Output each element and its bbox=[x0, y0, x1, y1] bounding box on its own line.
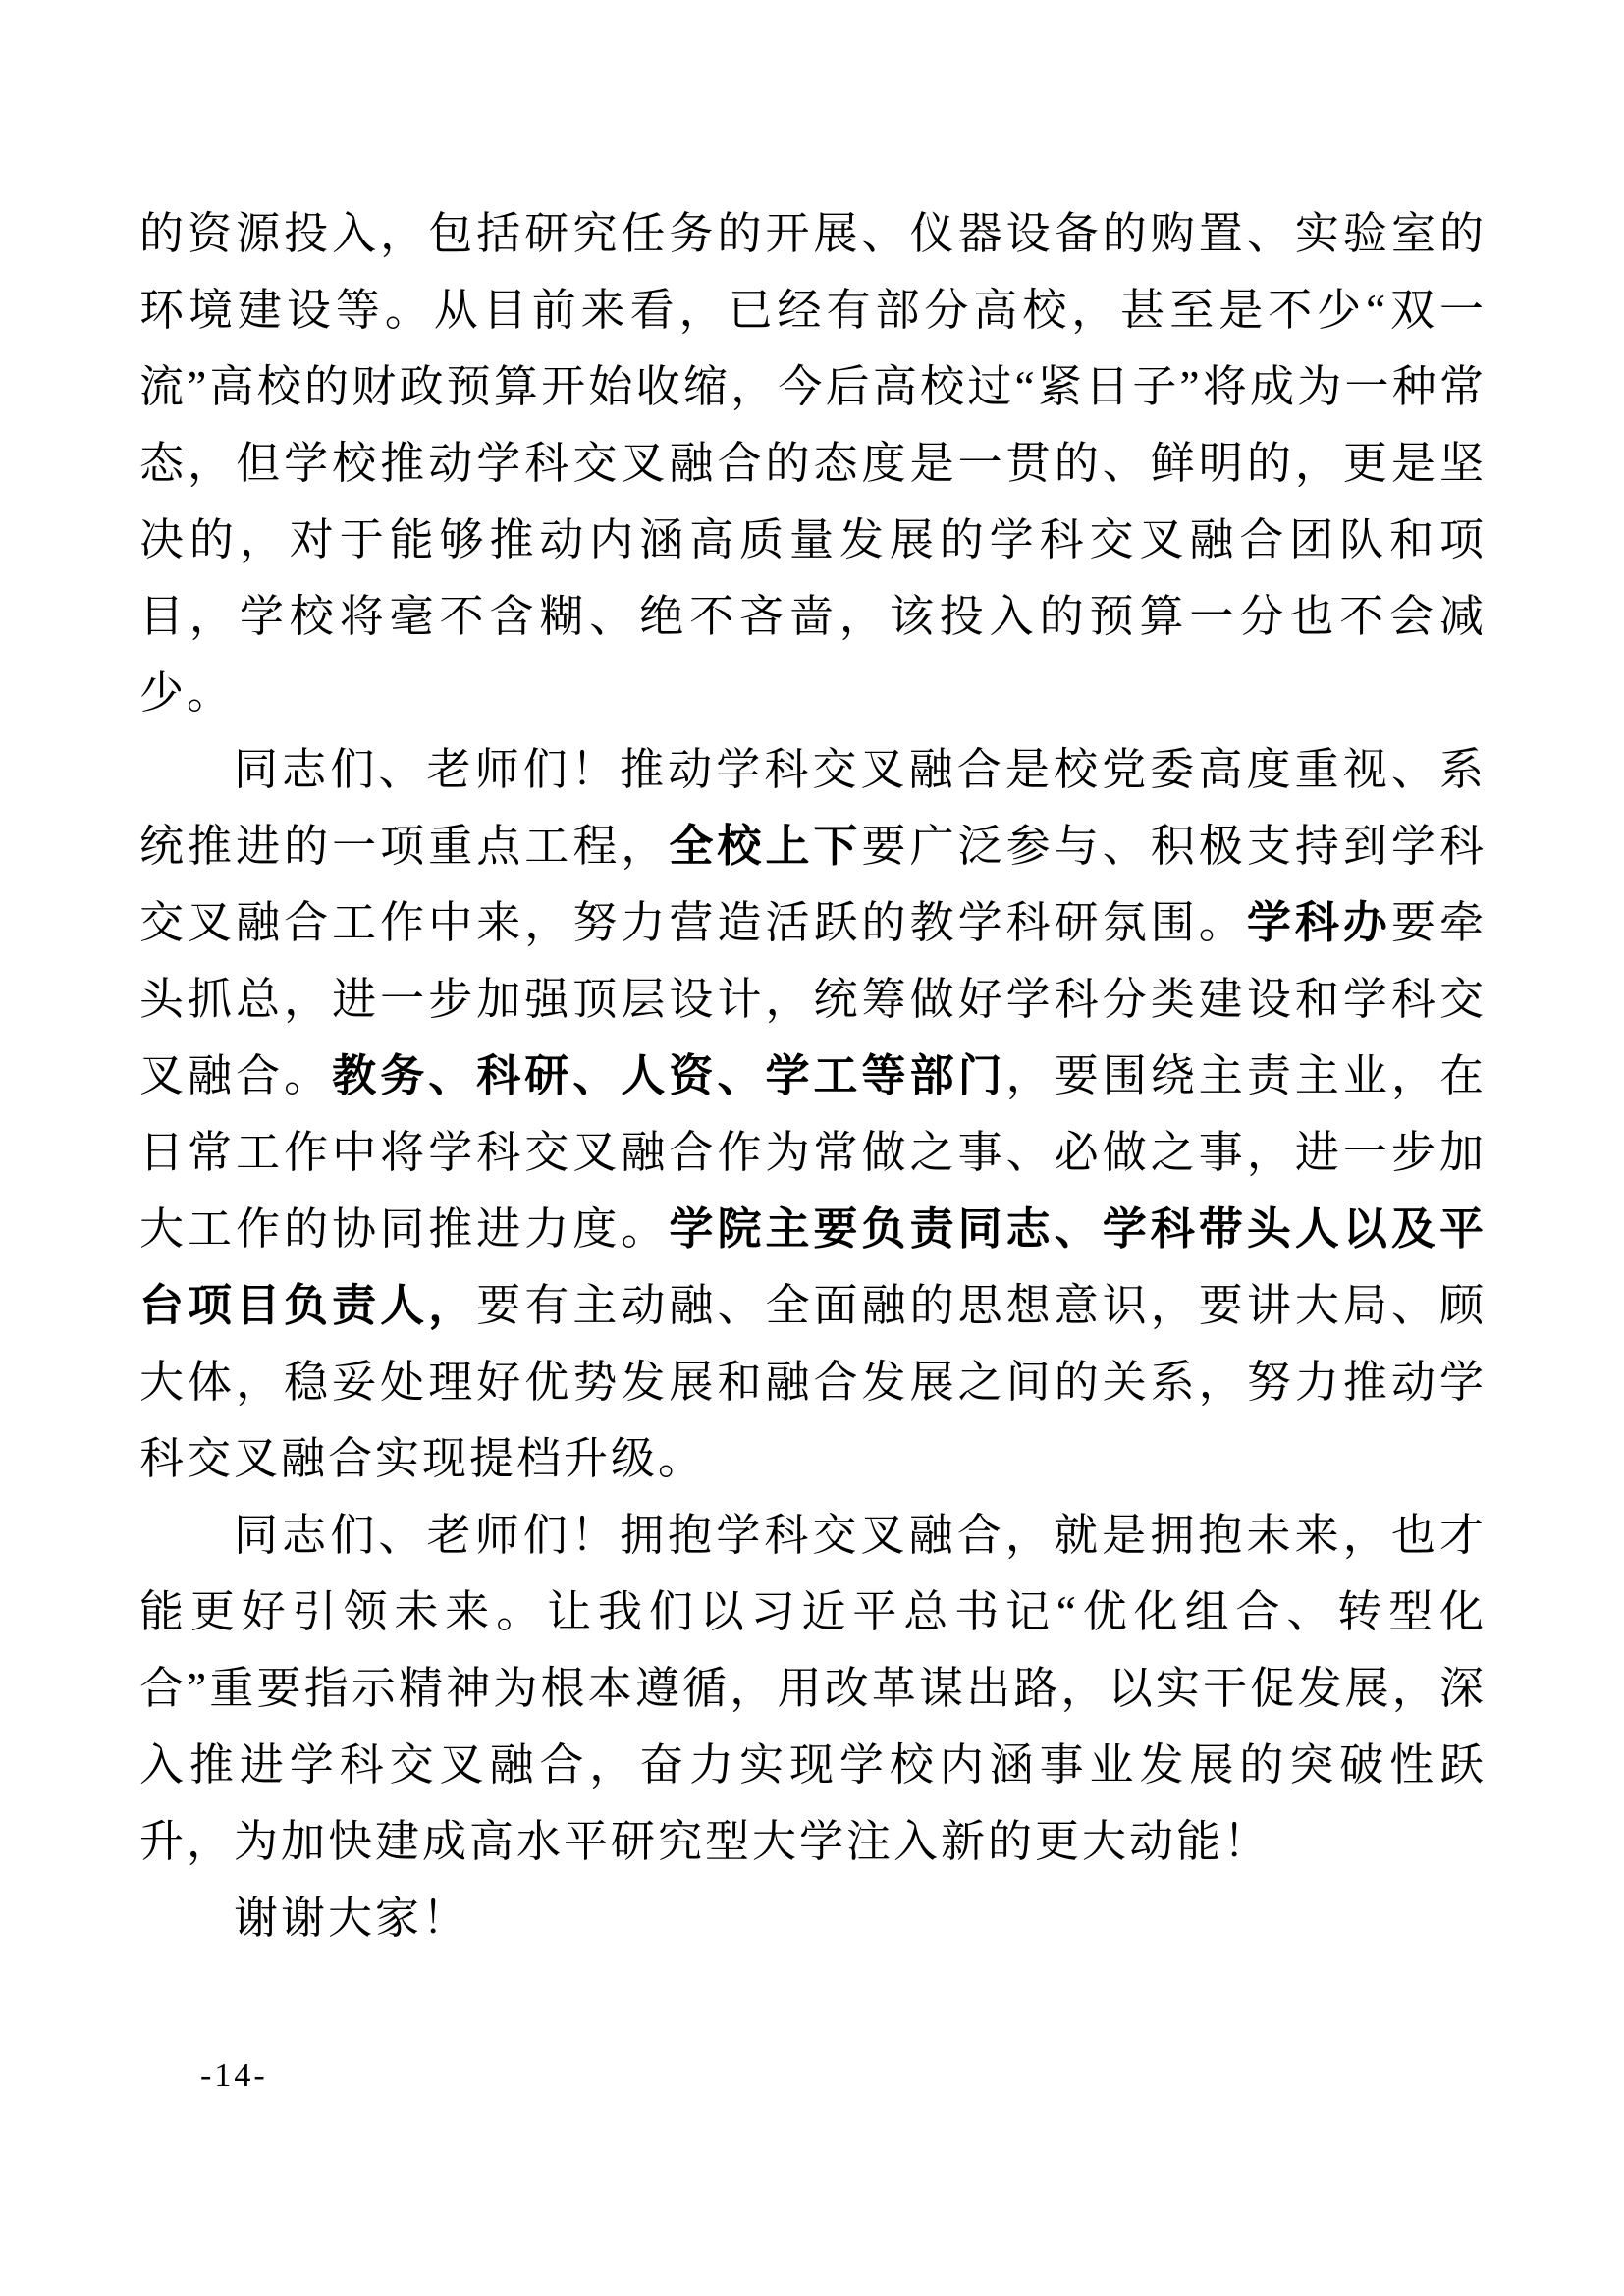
document-body: 的资源投入，包括研究任务的开展、仪器设备的购置、实验室的环境建设等。从目前来看，… bbox=[139, 195, 1487, 1956]
page-number: -14- bbox=[200, 2057, 268, 2095]
paragraph: 的资源投入，包括研究任务的开展、仪器设备的购置、实验室的环境建设等。从目前来看，… bbox=[139, 195, 1487, 731]
body-text: 的资源投入，包括研究任务的开展、仪器设备的购置、实验室的环境建设等。从目前来看，… bbox=[139, 209, 1487, 718]
body-text: 谢谢大家！ bbox=[234, 1894, 469, 1943]
paragraph: 同志们、老师们！推动学科交叉融合是校党委高度重视、系统推进的一项重点工程，全校上… bbox=[139, 731, 1487, 1497]
paragraph: 同志们、老师们！拥抱学科交叉融合，就是拥抱未来，也才能更好引领未来。让我们以习近… bbox=[139, 1497, 1487, 1880]
paragraph: 谢谢大家！ bbox=[139, 1880, 1487, 1956]
emphasis-text: 教务、科研、人资、学工等部门 bbox=[332, 1050, 1006, 1100]
emphasis-text: 学科办 bbox=[1247, 897, 1391, 947]
emphasis-text: 全校上下 bbox=[669, 821, 861, 871]
document-page: 的资源投入，包括研究任务的开展、仪器设备的购置、实验室的环境建设等。从目前来看，… bbox=[0, 0, 1624, 2296]
body-text: 同志们、老师们！拥抱学科交叉融合，就是拥抱未来，也才能更好引领未来。让我们以习近… bbox=[139, 1511, 1487, 1866]
